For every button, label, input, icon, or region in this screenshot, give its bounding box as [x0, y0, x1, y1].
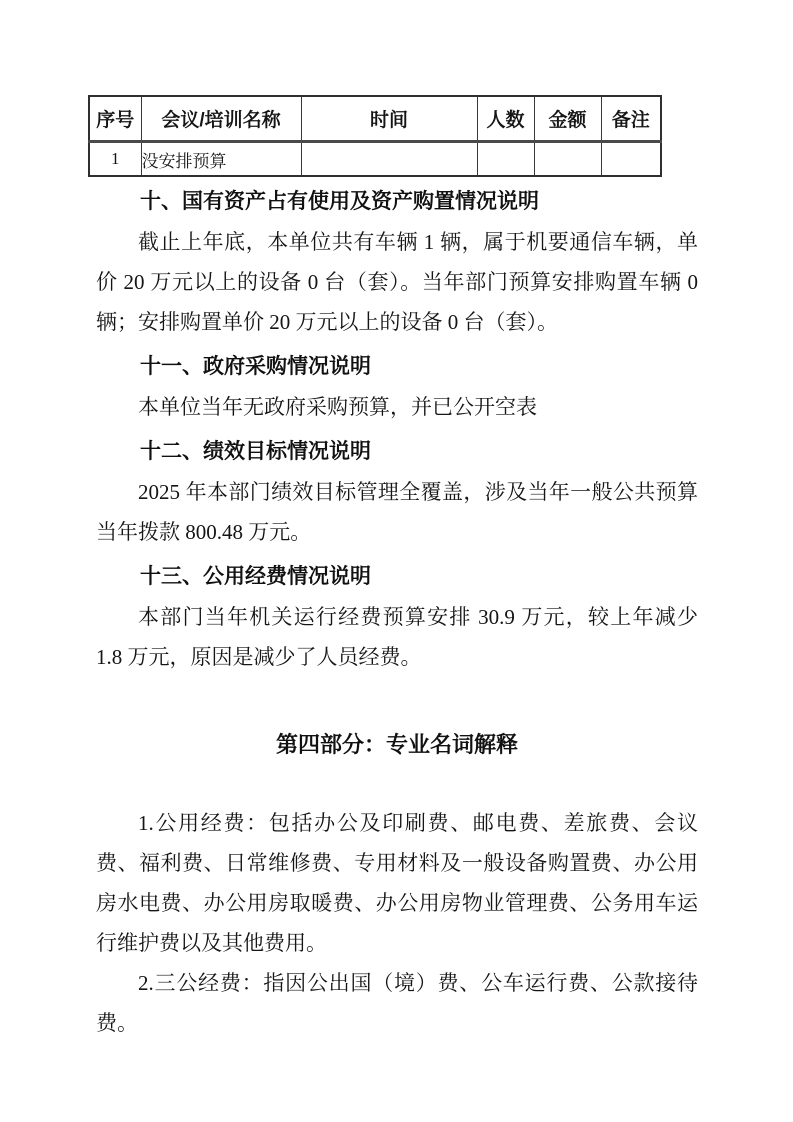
- section-13-paragraph: 本部门当年机关运行经费预算安排 30.9 万元，较上年减少 1.8 万元，原因是…: [96, 597, 698, 677]
- header-cell-seq: 序号: [89, 96, 141, 142]
- meeting-training-budget-table: 序号 会议/培训名称 时间 人数 金额 备注 1 没安排预算: [88, 95, 662, 177]
- cell-time: [301, 142, 477, 177]
- header-cell-amount: 金额: [534, 96, 601, 142]
- cell-seq: 1: [89, 142, 141, 177]
- section-12-heading: 十二、绩效目标情况说明: [96, 432, 698, 472]
- table-row: 1 没安排预算: [89, 142, 661, 177]
- header-cell-name: 会议/培训名称: [141, 96, 301, 142]
- cell-name: 没安排预算: [141, 142, 301, 177]
- header-cell-note: 备注: [601, 96, 661, 142]
- cell-amount: [534, 142, 601, 177]
- section-10-paragraph: 截止上年底，本单位共有车辆 1 辆，属于机要通信车辆，单价 20 万元以上的设备…: [96, 222, 698, 342]
- section-13-heading: 十三、公用经费情况说明: [96, 557, 698, 597]
- term-1-public-funds: 1.公用经费：包括办公及印刷费、邮电费、差旅费、会议费、福利费、日常维修费、专用…: [96, 803, 698, 963]
- table-header-row: 序号 会议/培训名称 时间 人数 金额 备注: [89, 96, 661, 142]
- part4-title: 第四部分：专业名词解释: [96, 725, 698, 765]
- section-11-heading: 十一、政府采购情况说明: [96, 347, 698, 387]
- header-cell-people: 人数: [477, 96, 534, 142]
- cell-note: [601, 142, 661, 177]
- section-12-paragraph: 2025 年本部门绩效目标管理全覆盖，涉及当年一般公共预算当年拨款 800.48…: [96, 472, 698, 552]
- header-cell-time: 时间: [301, 96, 477, 142]
- cell-people: [477, 142, 534, 177]
- section-11-paragraph: 本单位当年无政府采购预算，并已公开空表: [96, 387, 698, 427]
- term-2-three-public-funds: 2.三公经费：指因公出国（境）费、公车运行费、公款接待费。: [96, 963, 698, 1043]
- document-page: 序号 会议/培训名称 时间 人数 金额 备注 1 没安排预算 十、国有资产占有使…: [0, 0, 793, 1122]
- section-10-heading: 十、国有资产占有使用及资产购置情况说明: [96, 182, 698, 222]
